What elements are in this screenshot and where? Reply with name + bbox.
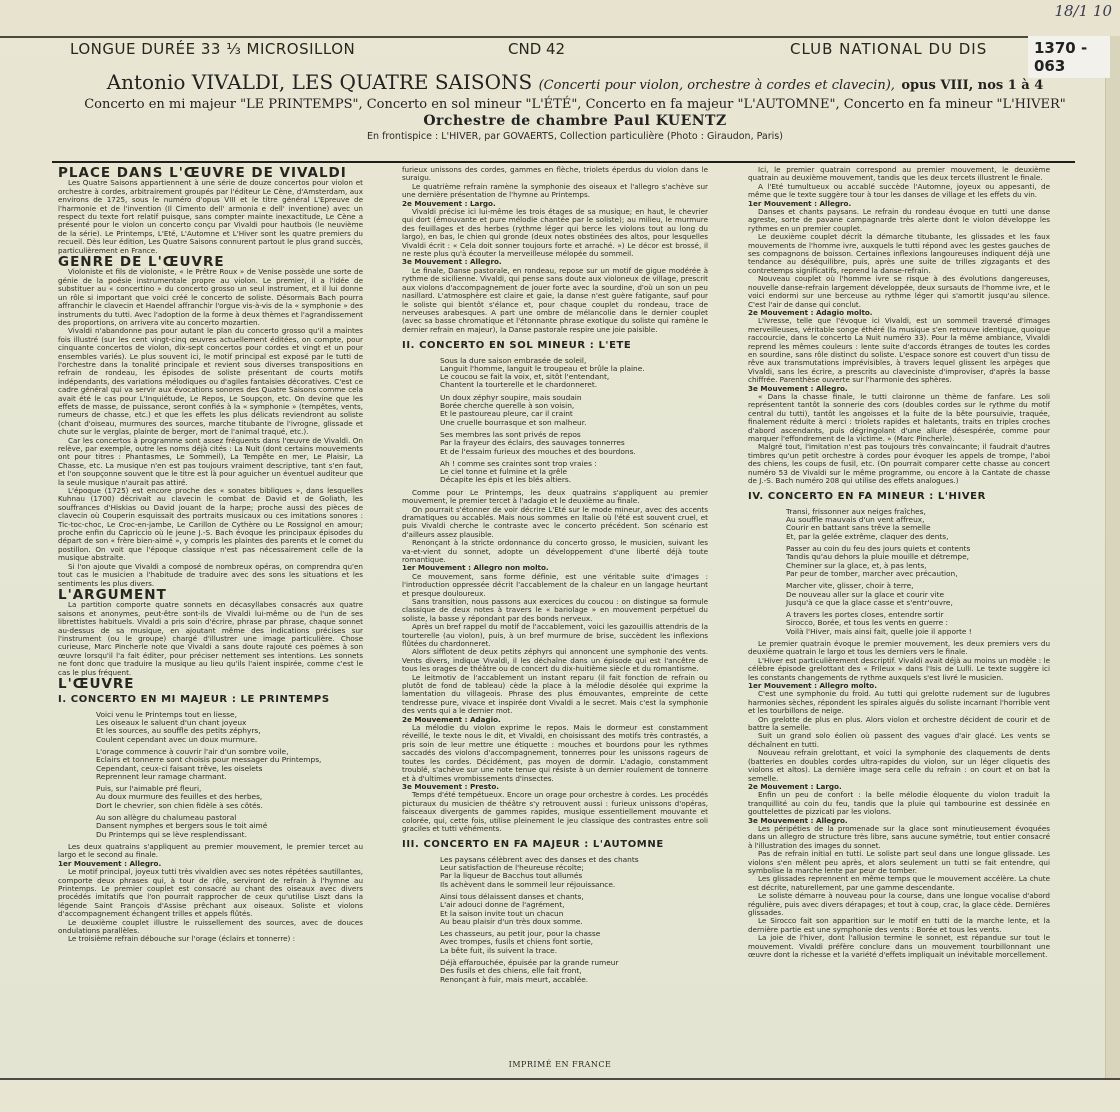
poem-line: Décapite les épis et les blés altiers. [440, 476, 708, 484]
poem-stanza: L'orage commence à couvrir l'air d'un so… [96, 748, 363, 781]
sleeve-edge [1105, 36, 1120, 1078]
poem-stanza: Ses membres las sont privés de reposPar … [440, 431, 708, 456]
poem-stanza: Voici venu le Printemps tout en liesse,L… [96, 711, 363, 744]
paragraph: Le soliste démarre à nouveau pour la cou… [748, 892, 1050, 917]
paragraph: Nouveau couplet où l'homme ivre se risqu… [748, 275, 1050, 309]
poem-stanza: Transi, frissonner aux neiges fraîches,A… [786, 508, 1050, 541]
paragraph: On pourrait s'étonner de voir décrire L'… [402, 506, 708, 540]
paragraph: La partition comporte quatre sonnets en … [58, 601, 363, 677]
paragraph: L'ivresse, telle que l'évoque ici Vivald… [748, 317, 1050, 384]
concerto-heading: II. CONCERTO EN SOL MINEUR : L'ETE [402, 342, 708, 350]
bottom-flap [0, 1078, 1120, 1112]
sonnet-ete: Sous la dure saison embrasée de soleil,L… [440, 357, 708, 485]
title-text: Antonio VIVALDI, LES QUATRE SAISONS [107, 70, 533, 94]
paragraph: C'est une symphonie du froid. Au tutti q… [748, 690, 1050, 715]
title-subtitle: (Concerti pour violon, orchestre à corde… [539, 78, 895, 93]
section-heading: PLACE DANS L'ŒUVRE DE VIVALDI [58, 169, 363, 177]
album-title: Antonio VIVALDI, LES QUATRE SAISONS (Con… [60, 70, 1090, 94]
printed-in-france: IMPRIMÉ EN FRANCE [0, 1060, 1120, 1069]
text-column-3: Ici, le premier quatrain correspond au p… [748, 166, 1050, 959]
sonnet-printemps: Voici venu le Printemps tout en liesse,L… [96, 711, 363, 839]
paragraph: A l'Eté tumultueux ou accablé succède l'… [748, 183, 1050, 200]
paragraph: Le motif principal, joyeux tutti très vi… [58, 868, 363, 918]
poem-line: Par peur de tomber, marcher avec précaut… [786, 570, 1050, 578]
paragraph: Violoniste et fils de violoniste, « le P… [58, 268, 363, 327]
paragraph: Le finale, Danse pastorale, en rondeau, … [402, 267, 708, 334]
paragraph: Si l'on ajoute que Vivaldi a composé de … [58, 563, 363, 588]
sonnet-automne: Les paysans célèbrent avec des danses et… [440, 856, 708, 984]
section-heading: GENRE DE L'ŒUVRE [58, 258, 363, 266]
format-label: LONGUE DURÉE 33 ⅓ MICROSILLON [70, 40, 355, 58]
paragraph: Le troisième refrain débouche sur l'orag… [58, 935, 363, 943]
poem-stanza: Puis, sur l'aimable pré fleuri,Au doux m… [96, 785, 363, 810]
poem-line: Chantent la tourterelle et le chardonner… [440, 381, 708, 389]
poem-stanza: Sous la dure saison embrasée de soleil,L… [440, 357, 708, 390]
top-flap: 18/1 10 [0, 0, 1120, 38]
poem-line: Ils achèvent dans le sommeil leur réjoui… [440, 881, 708, 889]
concerto-list: Concerto en mi majeur "LE PRINTEMPS", Co… [60, 97, 1090, 112]
poem-line: Et, par la gelée extrême, claquer des de… [786, 533, 1050, 541]
paragraph: « Dans la chasse finale, le tutti clairo… [748, 393, 1050, 443]
poem-stanza: Les paysans célèbrent avec des danses et… [440, 856, 708, 889]
poem-line: Une cruelle bourrasque et son malheur. [440, 419, 708, 427]
paragraph: Le quatrième refrain ramène la symphonie… [402, 183, 708, 200]
poem-stanza: A travers les portes closes, entendre so… [786, 611, 1050, 636]
poem-line: Du Printemps qui se lève resplendissant. [96, 831, 363, 839]
paragraph: Vivaldi précise ici lui-même les trois é… [402, 208, 708, 258]
poem-line: Au beau plaisir d'un très doux somme. [440, 918, 708, 926]
poem-stanza: Un doux zéphyr soupire, mais soudainBoré… [440, 394, 708, 427]
poem-stanza: Marcher vite, glisser, choir à terre,De … [786, 582, 1050, 607]
paragraph: Ici, le premier quatrain correspond au p… [748, 166, 1050, 183]
poem-stanza: Déjà effarouchée, épuisée par la grande … [440, 959, 708, 984]
paragraph: Car les concertos à programme sont assez… [58, 437, 363, 487]
paragraph: Le deuxième couplet décrit la démarche t… [748, 233, 1050, 275]
paragraph: Le premier quatrain évoque le premier mo… [748, 640, 1050, 657]
concerto-heading: IV. CONCERTO EN FA MINEUR : L'HIVER [748, 493, 1050, 501]
paragraph: L'Hiver est particulièrement descriptif.… [748, 657, 1050, 682]
poem-line: La bête fuit, ils suivent la trace. [440, 947, 708, 955]
paragraph: Suit un grand solo éolien où passent des… [748, 732, 1050, 749]
paragraph: Les glissades reprennent en même temps q… [748, 875, 1050, 892]
paragraph: La mélodie du violon exprime le repos. M… [402, 724, 708, 783]
paragraph: Après un bref rappel du motif de l'accab… [402, 623, 708, 648]
paragraph: Sans transition, nous passons aux exerci… [402, 598, 708, 623]
paragraph: Enfin un peu de confort : la belle mélod… [748, 791, 1050, 816]
header-row: LONGUE DURÉE 33 ⅓ MICROSILLON CND 42 CLU… [70, 40, 1110, 64]
paragraph: Comme pour Le Printemps, les deux quatra… [402, 489, 708, 506]
paragraph: Vivaldi n'abandonne pas pour autant le p… [58, 327, 363, 436]
paragraph: L'époque (1725) est encore proche des « … [58, 487, 363, 563]
section-heading: L'ARGUMENT [58, 591, 363, 599]
poem-stanza: Ah ! comme ses craintes sont trop vraies… [440, 460, 708, 485]
poem-line: Reprennent leur ramage charmant. [96, 773, 363, 781]
section-heading: L'ŒUVRE [58, 680, 363, 688]
poem-stanza: Passer au coin du feu des jours quiets e… [786, 545, 1050, 578]
poem-line: Renonçant à fuir, mais meurt, accablée. [440, 976, 708, 984]
sonnet-hiver: Transi, frissonner aux neiges fraîches,A… [786, 508, 1050, 636]
paragraph: Le deuxième couplet illustre le ruissell… [58, 919, 363, 936]
paragraph: Les péripéties de la promenade sur la gl… [748, 825, 1050, 850]
release-code: CND 42 [508, 40, 565, 58]
paragraph: Le leitmotiv de l'accablement un instant… [402, 674, 708, 716]
club-label: CLUB NATIONAL DU DIS [790, 40, 987, 58]
paragraph: Ce mouvement, sans forme définie, est un… [402, 573, 708, 598]
poem-line: Dort le chevrier, son chien fidèle à ses… [96, 802, 363, 810]
paragraph: Les Quatre Saisons appartiennent à une s… [58, 179, 363, 255]
poem-line: Voilà l'Hiver, mais ainsi fait, quelle j… [786, 628, 1050, 636]
poem-line: Et de l'essaim furieux des mouches et de… [440, 448, 708, 456]
poem-stanza: Les chasseurs, au petit jour, pour la ch… [440, 930, 708, 955]
poem-stanza: Ainsi tous délaissent danses et chants,L… [440, 893, 708, 926]
paragraph: Pas de refrain initial en tutti. Le soli… [748, 850, 1050, 875]
paragraph: Nouveau refrain grelottant, et voici la … [748, 749, 1050, 783]
paragraph: Danses et chants paysans. Le refrain du … [748, 208, 1050, 233]
concerto-heading: III. CONCERTO EN FA MAJEUR : L'AUTOMNE [402, 841, 708, 849]
paragraph: La joie de l'hiver, dont l'allusion term… [748, 934, 1050, 959]
handwritten-note: 18/1 10 [1054, 2, 1112, 20]
paragraph: Les deux quatrains s'appliquent au premi… [58, 843, 363, 860]
frontispiece-credit: En frontispice : L'HIVER, par GOVAERTS, … [60, 131, 1090, 142]
header-divider [52, 161, 1075, 163]
paragraph: Malgré tout, l'imitation n'est pas toujo… [748, 443, 1050, 485]
text-column-1: PLACE DANS L'ŒUVRE DE VIVALDI Les Quatre… [58, 166, 363, 944]
record-sleeve-back: 18/1 10 LONGUE DURÉE 33 ⅓ MICROSILLON CN… [0, 0, 1120, 1112]
paragraph: Renonçant à la stricte ordonnance du con… [402, 539, 708, 564]
concerto-heading: I. CONCERTO EN MI MAJEUR : LE PRINTEMPS [58, 696, 363, 704]
paragraph: Le Sirocco fait son apparition sur le mo… [748, 917, 1050, 934]
paragraph: furieux unissons des cordes, gammes en f… [402, 166, 708, 183]
poem-stanza: Au son allègre du chalumeau pastoralDans… [96, 814, 363, 839]
title-block: Antonio VIVALDI, LES QUATRE SAISONS (Con… [60, 70, 1090, 142]
paragraph: Temps d'été tempétueux. Encore un orage … [402, 791, 708, 833]
paragraph: Alors sifflotent de deux petits zéphyrs … [402, 648, 708, 673]
orchestra-name: Orchestre de chambre Paul KUENTZ [60, 113, 1090, 129]
poem-line: Jusqu'à ce que la glace casse et s'entr'… [786, 599, 1050, 607]
poem-line: Coulent cependant avec un doux murmure. [96, 736, 363, 744]
opus-number: opus VIII, nos 1 à 4 [901, 78, 1043, 93]
paragraph: On grelotte de plus en plus. Alors violo… [748, 716, 1050, 733]
text-column-2: furieux unissons des cordes, gammes en f… [402, 166, 708, 988]
